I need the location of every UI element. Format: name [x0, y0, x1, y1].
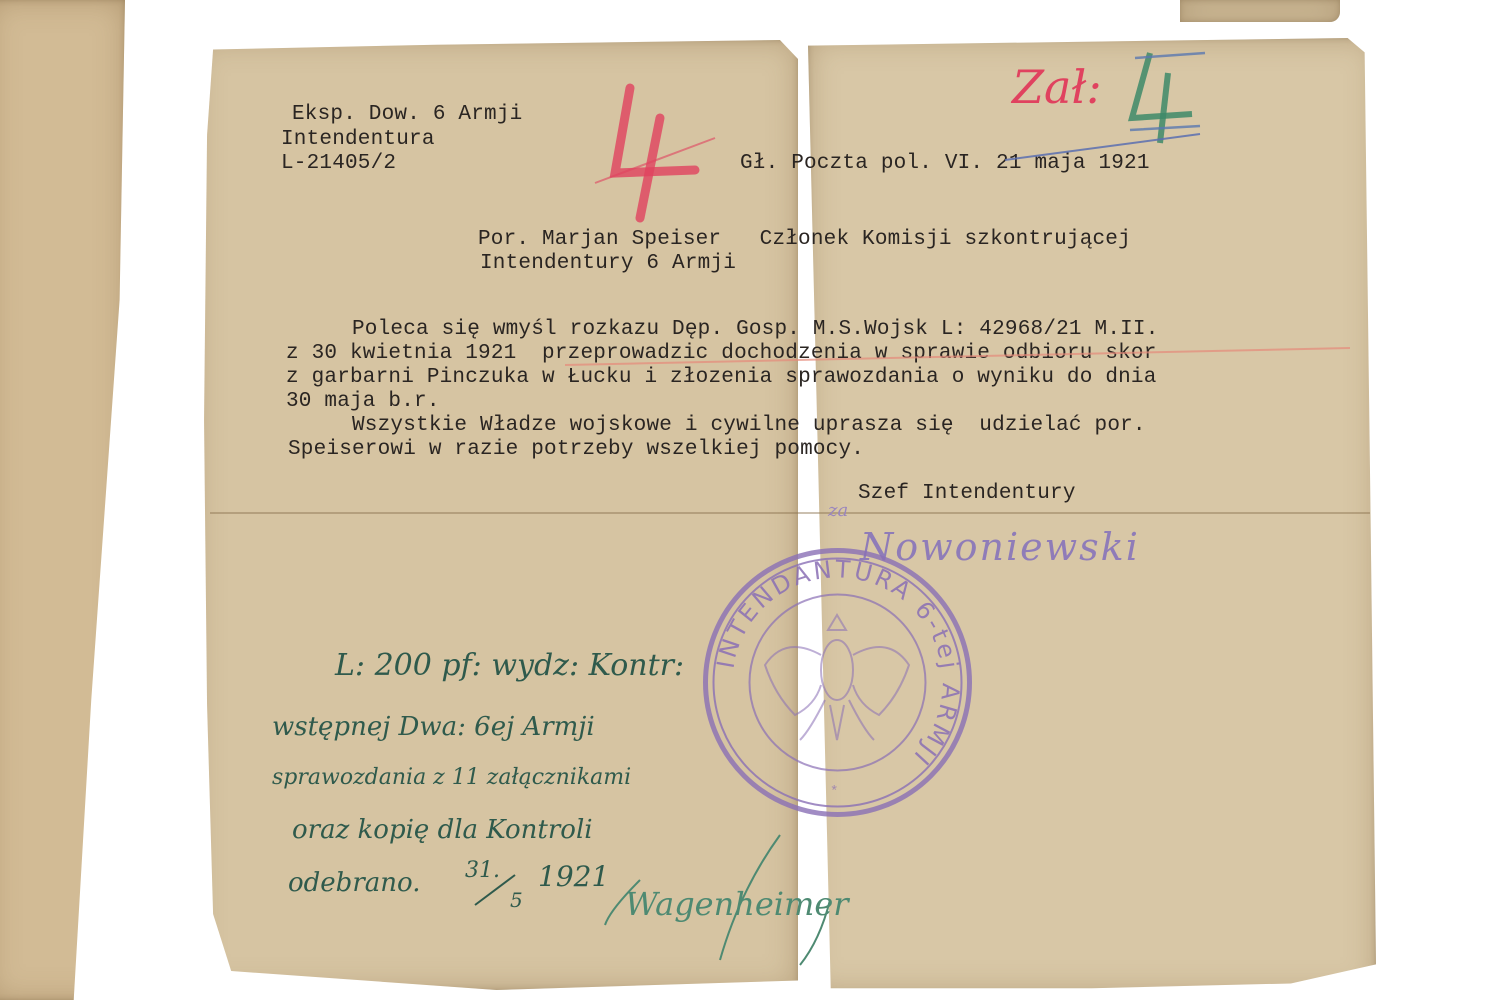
handwritten-line-3: sprawozdania z 11 załącznikami	[272, 765, 631, 790]
header-unit: Eksp. Dow. 6 Armji	[292, 103, 522, 127]
body-line-1: Poleca się wmyśl rozkazu Dęp. Gosp. M.S.…	[288, 318, 1159, 342]
body-line-5: Wszystkie Władze wojskowe i cywilne upra…	[288, 414, 1146, 438]
body-line-4: 30 maja b.r.	[286, 390, 440, 414]
svg-text:*: *	[830, 784, 838, 800]
adjacent-sheet-left	[0, 0, 125, 1000]
eagle-emblem-icon	[765, 615, 909, 740]
horizontal-fold-line	[210, 512, 1370, 514]
received-label: odebrano.	[288, 868, 420, 898]
signature-title: Szef Intendentury	[858, 482, 1076, 506]
handwritten-line-1: L: 200 pf: wydz: Kontr:	[335, 648, 684, 683]
blue-strike-line	[1000, 130, 1210, 170]
received-year: 1921	[538, 860, 609, 893]
signature-flourish	[600, 830, 840, 970]
received-month: 5	[510, 888, 523, 912]
handwritten-line-4: oraz kopię dla Kontroli	[292, 815, 593, 845]
body-line-6: Speiserowi w razie potrzeby wszelkiej po…	[288, 438, 864, 462]
header-department: Intendentura	[281, 128, 435, 152]
red-underline-mark	[560, 340, 1360, 370]
adjacent-sheet-top-right	[1180, 0, 1340, 22]
document-right-half	[808, 38, 1376, 993]
handwritten-line-2: wstępnej Dwa: 6ej Armji	[272, 712, 595, 742]
red-pencil-number-mark	[585, 78, 725, 223]
official-stamp: INTENDANTURA 6-tej ARMJI *	[700, 545, 975, 820]
header-reference: L-21405/2	[281, 152, 396, 176]
signature-prefix: za	[828, 500, 848, 521]
addressee-line-1: Por. Marjan Speiser Członek Komisji szko…	[478, 228, 1131, 252]
annotation-label: Zał:	[1012, 60, 1102, 114]
addressee-line-2: Intendentury 6 Armji	[480, 252, 736, 276]
